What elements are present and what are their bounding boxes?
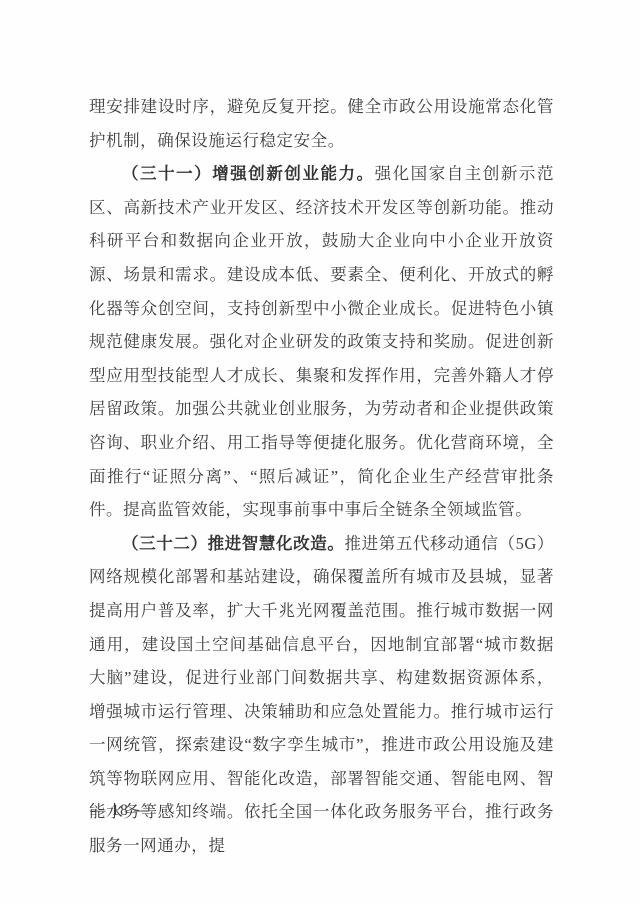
section-heading-31: （三十一）增强创新创业能力。 <box>122 164 375 183</box>
section-heading-32: （三十二）推进智慧化改造。 <box>122 534 344 553</box>
document-body-text: 理安排建设时序，避免反复开挖。健全市政公用设施常态化管护机制，确保设施运行稳定安… <box>89 90 554 863</box>
paragraph-text: 强化国家自主创新示范区、高新技术产业开发区、经济技术开发区等创新功能。推动科研平… <box>89 164 554 519</box>
paragraph-text: 推进第五代移动通信（5G）网络规模化部署和基站建设，确保覆盖所有城市及县城，显著… <box>89 534 554 855</box>
paragraph-continuation: 理安排建设时序，避免反复开挖。健全市政公用设施常态化管护机制，确保设施运行稳定安… <box>89 90 554 157</box>
page-number: — 18 — <box>90 802 150 820</box>
document-page: 理安排建设时序，避免反复开挖。健全市政公用设施常态化管护机制，确保设施运行稳定安… <box>0 0 640 905</box>
paragraph-item-32: （三十二）推进智慧化改造。推进第五代移动通信（5G）网络规模化部署和基站建设，确… <box>89 527 554 863</box>
paragraph-item-31: （三十一）增强创新创业能力。强化国家自主创新示范区、高新技术产业开发区、经济技术… <box>89 157 554 527</box>
paragraph-text: 理安排建设时序，避免反复开挖。健全市政公用设施常态化管护机制，确保设施运行稳定安… <box>89 97 554 150</box>
